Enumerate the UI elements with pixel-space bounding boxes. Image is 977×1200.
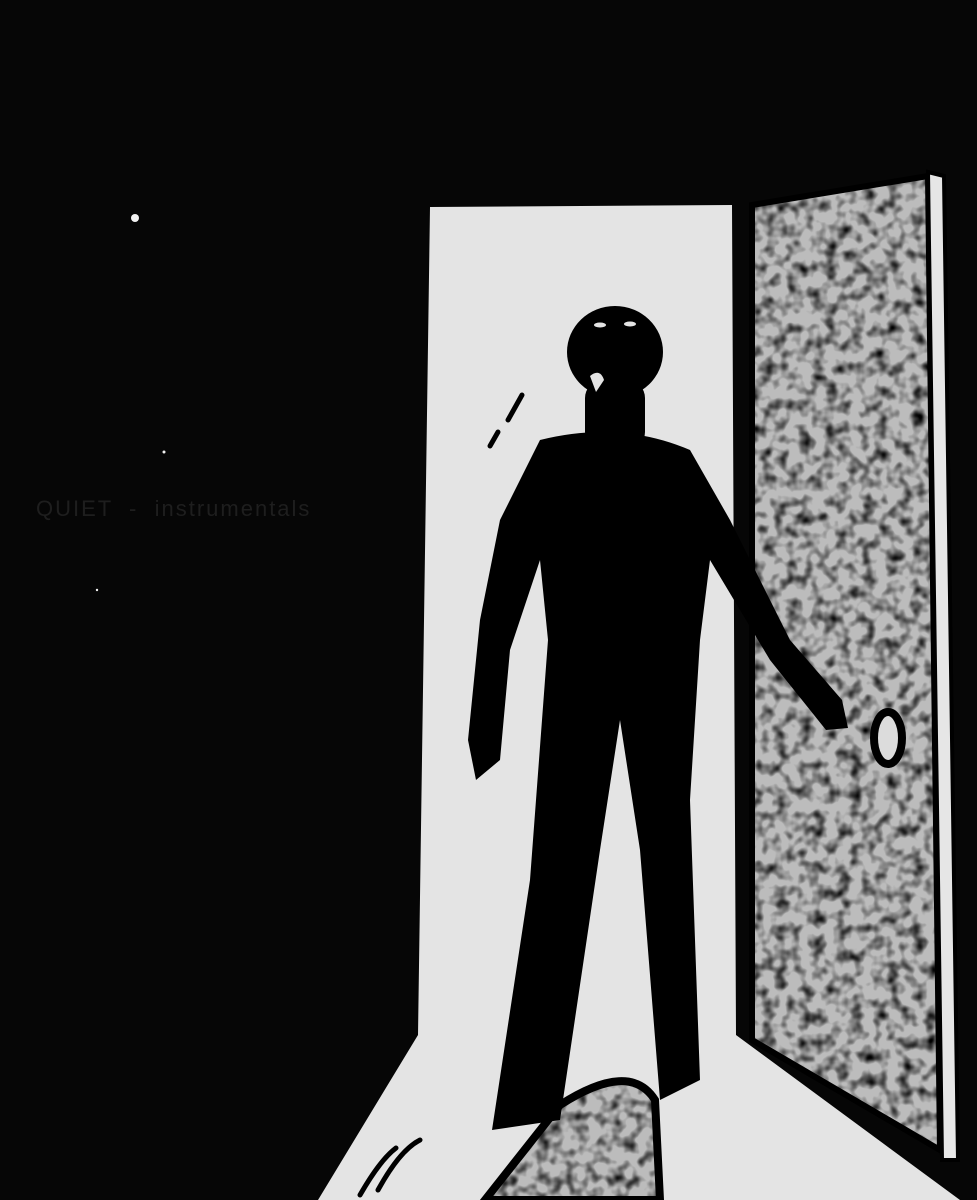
door-knob	[874, 712, 902, 764]
album-cover: QUIET - instrumentals	[0, 0, 977, 1200]
album-title: QUIET - instrumentals	[36, 496, 311, 522]
doorway-illustration	[0, 0, 977, 1200]
